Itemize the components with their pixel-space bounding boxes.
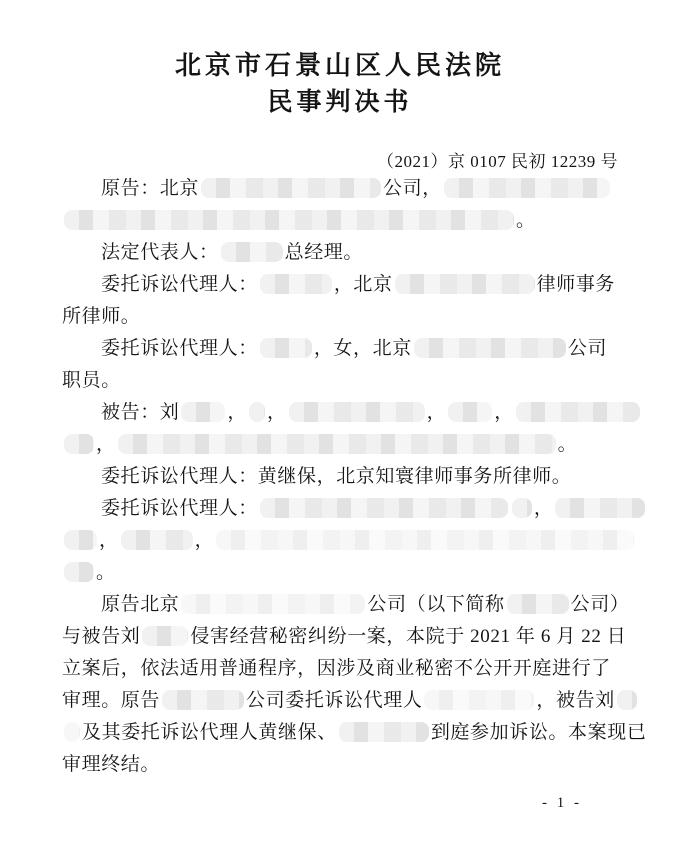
- text-segment: ，女，北京: [314, 338, 412, 359]
- document-type: 民事判决书: [0, 82, 680, 118]
- text-segment: ，: [99, 530, 119, 551]
- redaction-block: [121, 530, 193, 550]
- text-segment: 公司，: [383, 178, 442, 199]
- text-segment: 公司（以下简称: [367, 594, 504, 615]
- redaction-block: [221, 242, 283, 262]
- redaction-block: [512, 498, 532, 518]
- text-segment: 公司委托诉讼代理人: [246, 690, 422, 711]
- text-segment: 法定代表人：: [101, 242, 219, 263]
- redaction-block: [181, 594, 365, 614]
- text-segment: ，: [494, 402, 514, 423]
- text-segment: ，: [96, 434, 116, 455]
- body-line: 与被告刘侵害经营秘密纠纷一案，本院于 2021 年 6 月 22 日: [62, 621, 628, 653]
- text-segment: ，: [534, 498, 554, 519]
- text-segment: 。: [558, 434, 578, 455]
- body-line: 审理。原告公司委托诉讼代理人，被告刘: [62, 685, 628, 717]
- body-line: 委托诉讼代理人：，女，北京公司: [62, 333, 628, 365]
- redaction-block: [516, 402, 640, 422]
- redaction-block: [448, 402, 492, 422]
- redaction-block: [424, 690, 534, 710]
- text-segment: ，被告刘: [536, 690, 614, 711]
- body-line: 立案后，依法适用普通程序，因涉及商业秘密不公开开庭进行了: [62, 653, 628, 685]
- redaction-block: [339, 722, 429, 742]
- body-line: 委托诉讼代理人：，: [62, 493, 628, 525]
- body-line: 职员。: [62, 365, 628, 397]
- text-segment: 审理终结。: [62, 754, 160, 775]
- redaction-block: [64, 210, 514, 230]
- court-name: 北京市石景山区人民法院: [0, 45, 680, 82]
- text-segment: 所律师。: [62, 306, 140, 327]
- text-segment: ，北京: [334, 274, 393, 295]
- redaction-block: [395, 274, 535, 294]
- body-line: 委托诉讼代理人：，北京律师事务: [62, 269, 628, 301]
- text-segment: 律师事务: [537, 274, 615, 295]
- text-segment: 委托诉讼代理人：: [101, 338, 258, 359]
- redaction-block: [507, 594, 569, 614]
- text-segment: 原告北京: [101, 594, 179, 615]
- body-line: ，。: [62, 429, 628, 461]
- body-line: 原告：北京公司，: [62, 173, 628, 205]
- text-segment: 公司）: [571, 594, 630, 615]
- redaction-block: [162, 690, 244, 710]
- redaction-block: [118, 434, 556, 454]
- text-segment: 审理。原告: [62, 690, 160, 711]
- case-number: （2021）京 0107 民初 12239 号: [377, 147, 618, 172]
- redaction-block: [249, 402, 265, 422]
- text-segment: 侵害经营秘密纠纷一案，本院于 2021 年 6 月 22 日: [190, 626, 626, 647]
- text-segment: ，: [195, 530, 215, 551]
- body-line: 及其委托诉讼代理人黄继保、到庭参加诉讼。本案现已: [62, 717, 628, 749]
- redaction-block: [617, 690, 637, 710]
- text-segment: ，: [427, 402, 447, 423]
- body-line: ，，: [62, 525, 628, 557]
- text-segment: 委托诉讼代理人：黄继保，北京知寰律师事务所律师。: [101, 466, 571, 487]
- redaction-block: [260, 498, 508, 518]
- body-line: 。: [62, 557, 628, 589]
- redaction-block: [142, 626, 188, 646]
- body-line: 所律师。: [62, 301, 628, 333]
- text-segment: 职员。: [62, 370, 121, 391]
- text-segment: 委托诉讼代理人：: [101, 274, 258, 295]
- text-segment: 原告：北京: [101, 178, 199, 199]
- body-line: 原告北京公司（以下简称公司）: [62, 589, 628, 621]
- text-segment: 。: [96, 562, 116, 583]
- text-segment: 总经理。: [285, 242, 363, 263]
- text-segment: 被告：刘: [101, 402, 179, 423]
- redaction-block: [289, 402, 425, 422]
- text-segment: 委托诉讼代理人：: [101, 498, 258, 519]
- body-line: 审理终结。: [62, 749, 628, 781]
- page-number: - 1 -: [542, 795, 582, 812]
- text-segment: 。: [516, 210, 536, 231]
- body-line: 被告：刘，，，，: [62, 397, 628, 429]
- text-segment: 到庭参加诉讼。本案现已: [431, 722, 647, 743]
- redaction-block: [201, 178, 381, 198]
- text-segment: ，: [267, 402, 287, 423]
- redaction-block: [260, 274, 332, 294]
- redaction-block: [260, 338, 312, 358]
- text-segment: ，: [227, 402, 247, 423]
- text-segment: 及其委托诉讼代理人黄继保、: [82, 722, 337, 743]
- redaction-block: [64, 722, 80, 742]
- redaction-block: [64, 434, 94, 454]
- redaction-block: [216, 530, 634, 550]
- body-line: 法定代表人：总经理。: [62, 237, 628, 269]
- text-segment: 与被告刘: [62, 626, 140, 647]
- body-line: 委托诉讼代理人：黄继保，北京知寰律师事务所律师。: [62, 461, 628, 493]
- redaction-block: [444, 178, 610, 198]
- redaction-block: [555, 498, 645, 518]
- redaction-block: [414, 338, 566, 358]
- body-line: 。: [62, 205, 628, 237]
- redaction-block: [64, 530, 97, 550]
- redaction-block: [64, 562, 94, 582]
- document-body: 原告：北京公司，。法定代表人：总经理。委托诉讼代理人：，北京律师事务所律师。委托…: [62, 173, 628, 781]
- text-segment: 公司: [568, 338, 607, 359]
- redaction-block: [181, 402, 225, 422]
- judgment-document-page: 北京市石景山区人民法院 民事判决书 （2021）京 0107 民初 12239 …: [0, 0, 680, 859]
- text-segment: 立案后，依法适用普通程序，因涉及商业秘密不公开开庭进行了: [62, 658, 611, 679]
